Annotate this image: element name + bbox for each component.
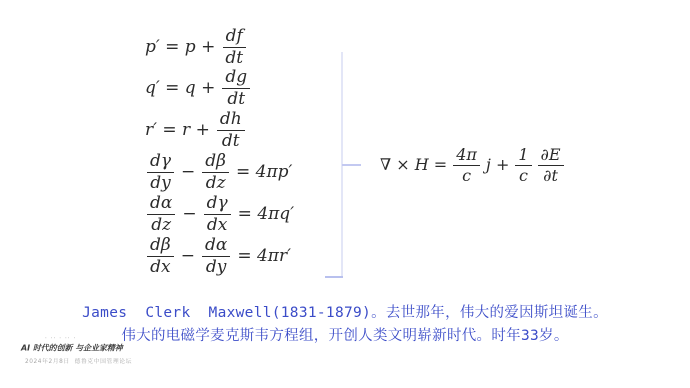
fraction-1-c: 1 c: [515, 146, 531, 184]
equation-rhs: = 4πr′: [237, 247, 291, 266]
fraction-denominator: dt: [224, 89, 248, 109]
equation-lhs: r′ = r +: [145, 121, 210, 140]
equation-curl-z: dβ dx − dα dy = 4πr′: [147, 235, 291, 277]
fraction-numerator: dγ: [204, 194, 231, 215]
equation-curl-x: dγ dy − dβ dz = 4πp′: [147, 151, 292, 193]
equation-middle-term: j +: [486, 156, 509, 174]
equation-lhs: p′ = p +: [145, 38, 215, 57]
fraction-dE-dt: ∂E ∂t: [538, 146, 564, 184]
fraction-dalpha-dz: dα dz: [147, 194, 175, 234]
fraction-numerator: dh: [217, 110, 245, 131]
fraction-numerator: dα: [202, 236, 230, 257]
fraction-dbeta-dx: dβ dx: [147, 236, 174, 276]
brace-middle-tick: [342, 164, 361, 166]
equation-lhs: q′ = q +: [145, 79, 215, 98]
fraction-numerator: 1: [515, 146, 531, 166]
fraction-denominator: dt: [222, 48, 246, 68]
watermark-logo-title: AI 时代的创新 与企业家精神: [21, 342, 123, 353]
fraction-numerator: dγ: [147, 152, 174, 173]
fraction-denominator: dz: [148, 215, 174, 235]
fraction-dg-dt: dg dt: [222, 68, 250, 108]
minus-operator: −: [181, 163, 195, 182]
fraction-dbeta-dz: dβ dz: [202, 152, 229, 192]
equation-rhs: = 4πp′: [236, 163, 292, 182]
caption-line-1: James Clerk Maxwell(1831-1879)。去世那年，伟大的爱…: [0, 301, 690, 322]
fraction-df-dt: df dt: [222, 27, 246, 67]
fraction-denominator: dy: [203, 257, 230, 277]
fraction-denominator: dx: [147, 257, 173, 277]
minus-operator: −: [182, 205, 196, 224]
equation-p: p′ = p + df dt: [145, 26, 246, 68]
fraction-numerator: dβ: [202, 152, 229, 173]
fraction-dgamma-dx: dγ dx: [204, 194, 231, 234]
brace-bottom-tick: [325, 276, 343, 278]
fraction-denominator: c: [459, 166, 474, 185]
fraction-numerator: 4π: [453, 146, 480, 166]
fraction-numerator: ∂E: [538, 146, 564, 166]
equation-r: r′ = r + dh dt: [145, 109, 245, 151]
equation-lhs: ∇ × H =: [380, 156, 447, 174]
fraction-denominator: dx: [204, 215, 230, 235]
fraction-dgamma-dy: dγ dy: [147, 152, 174, 192]
equation-curl-y: dα dz − dγ dx = 4πq′: [147, 193, 294, 235]
equation-q: q′ = q + dg dt: [145, 67, 250, 109]
watermark-dots: · ·· · ·· ·: [45, 335, 76, 341]
fraction-denominator: c: [516, 166, 531, 185]
fraction-denominator: dt: [219, 131, 243, 151]
fraction-dalpha-dy: dα dy: [202, 236, 230, 276]
fraction-denominator: ∂t: [540, 166, 561, 185]
minus-operator: −: [181, 247, 195, 266]
watermark-subtitle: 2024年2月8日 德鲁克中国管理论坛: [25, 356, 132, 365]
fraction-denominator: dz: [203, 173, 229, 193]
fraction-4pi-c: 4π c: [453, 146, 480, 184]
equation-rhs: = 4πq′: [238, 205, 294, 224]
equation-modern-curl-H: ∇ × H = 4π c j + 1 c ∂E ∂t: [380, 143, 564, 187]
fraction-numerator: dα: [147, 194, 175, 215]
fraction-numerator: dβ: [147, 236, 174, 257]
presentation-slide: p′ = p + df dt q′ = q + dg dt r′ = r + d…: [0, 0, 690, 388]
fraction-numerator: dg: [222, 68, 250, 89]
fraction-numerator: df: [223, 27, 246, 48]
fraction-dh-dt: dh dt: [217, 110, 245, 150]
fraction-denominator: dy: [147, 173, 174, 193]
